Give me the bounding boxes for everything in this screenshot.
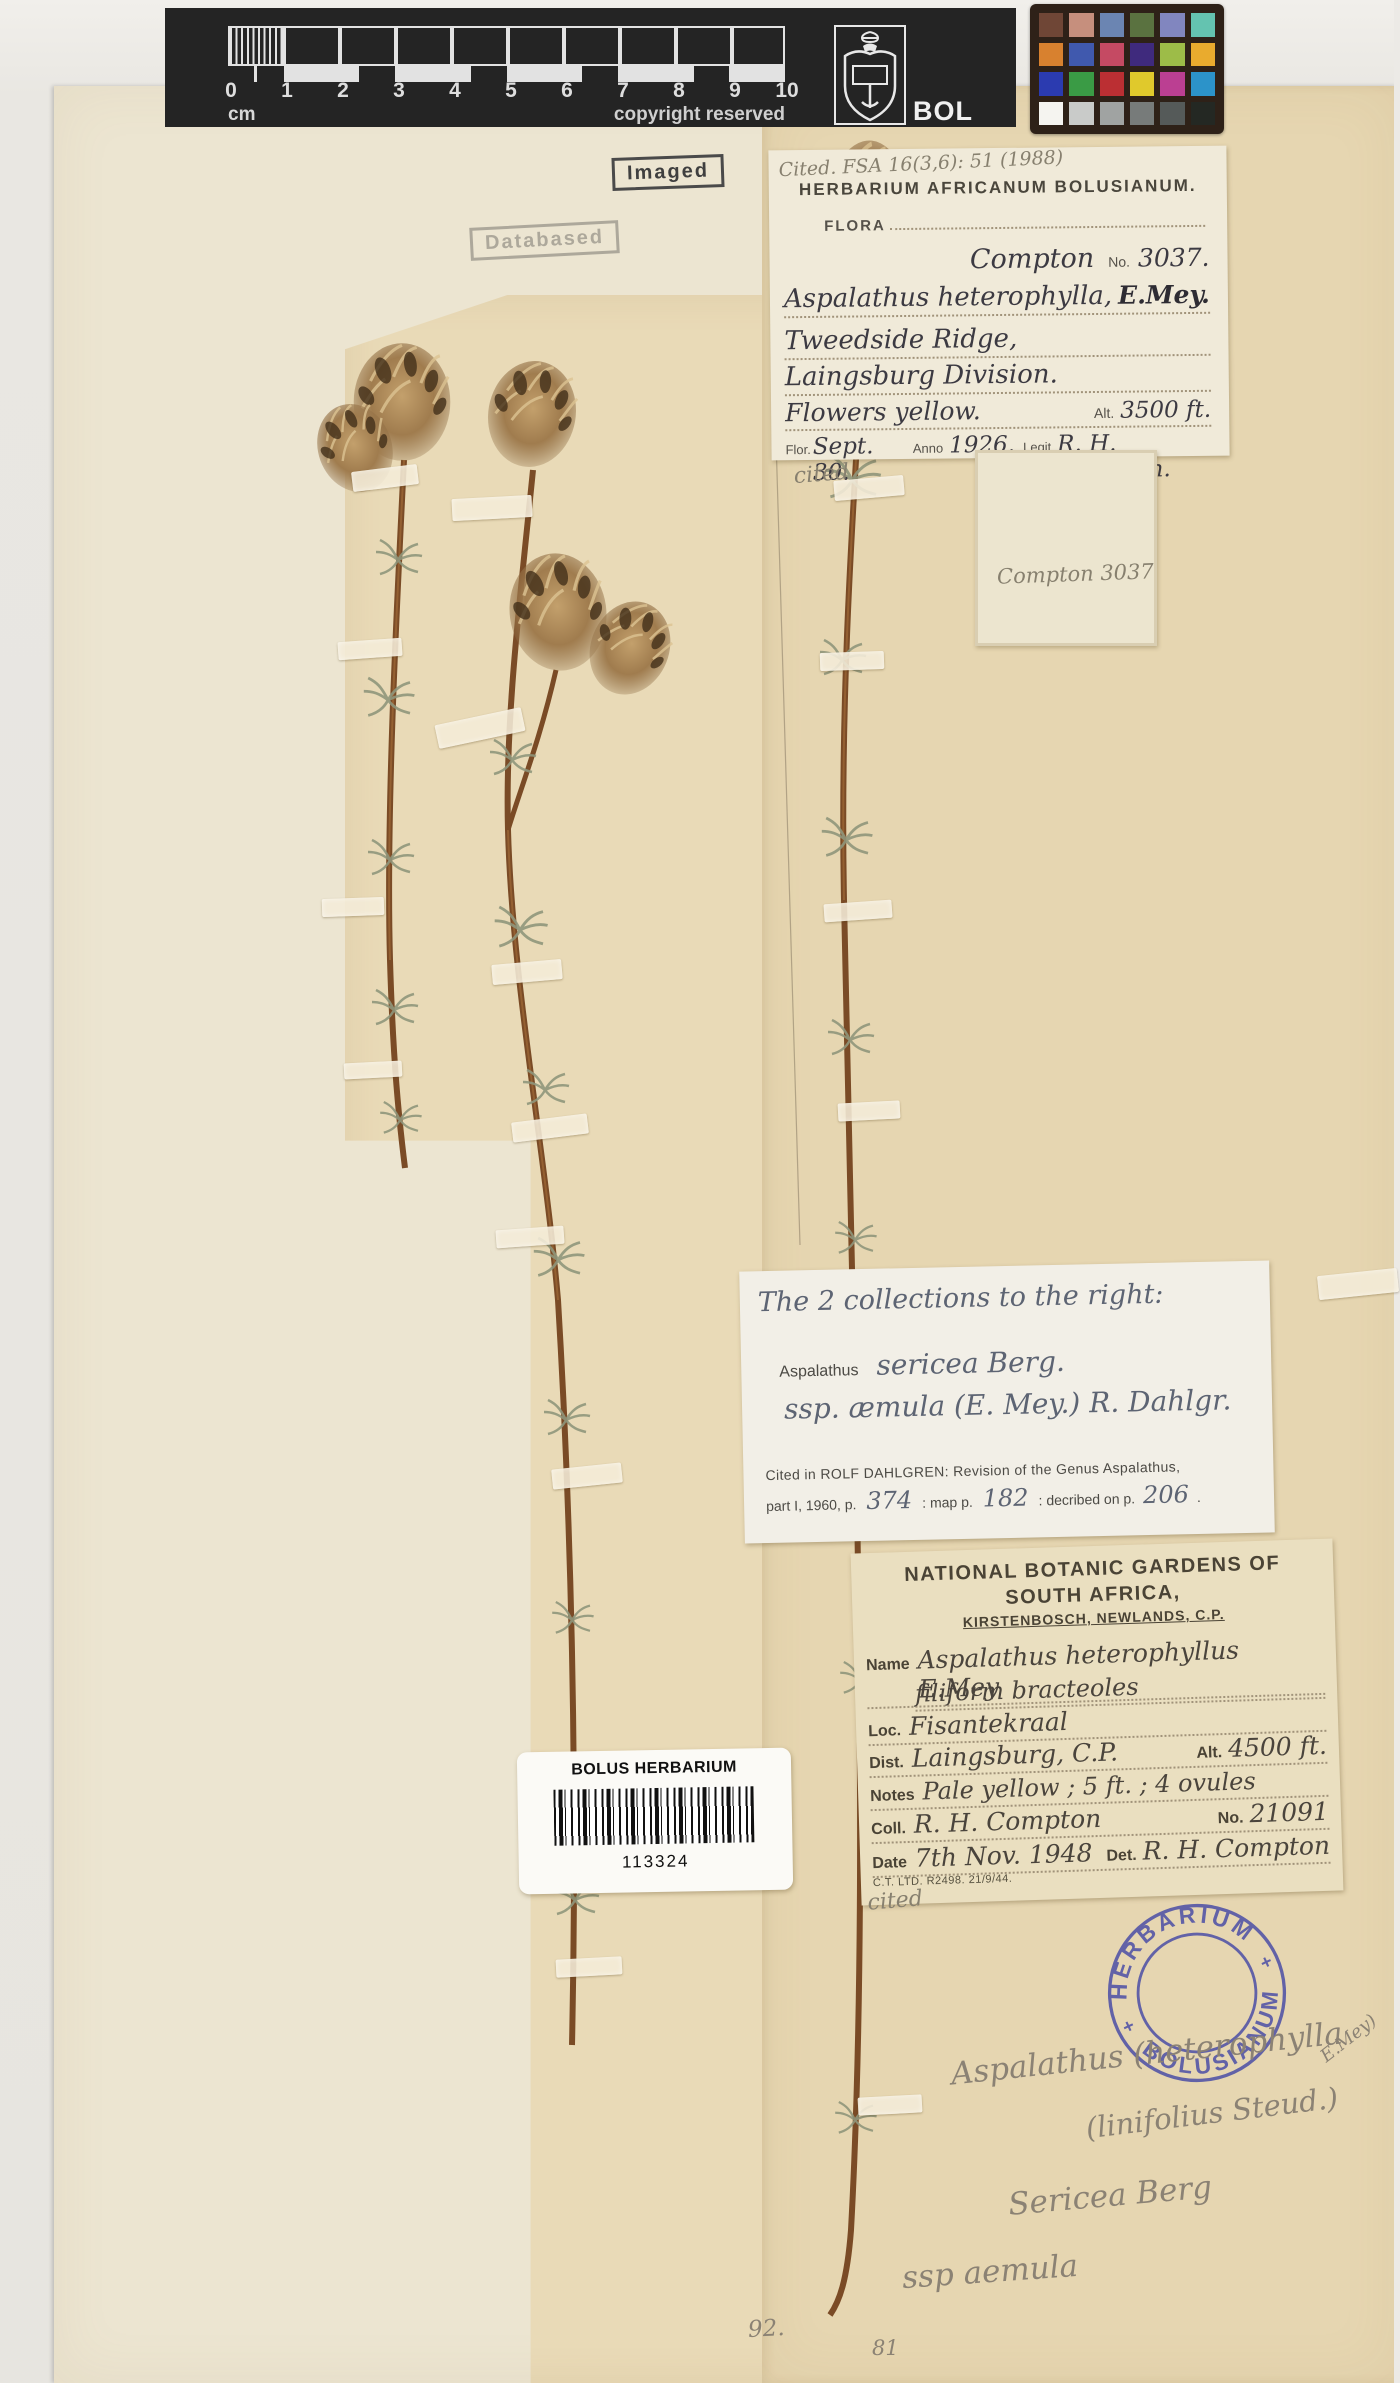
citation-page: 374 xyxy=(866,1486,912,1515)
det-heading: The 2 collections to the right: xyxy=(758,1279,1164,1318)
citation-map-label: : map p. xyxy=(922,1494,973,1511)
mounting-tape xyxy=(858,2094,923,2115)
main-collection-label: Cited. FSA 16(3,6): 51 (1988) HERBARIUM … xyxy=(768,146,1229,461)
det-value: R. H. Compton xyxy=(1142,1831,1330,1866)
herbarium-scan: 0 1 2 3 4 5 6 7 8 9 10 cm copyright rese… xyxy=(0,0,1400,2383)
no-value: 21091 xyxy=(1249,1797,1329,1828)
flower-notes: Flowers yellow. xyxy=(785,396,981,427)
cited-note: cited xyxy=(793,460,850,489)
no-label: No. xyxy=(1218,1809,1244,1828)
species-author-stamp: E.Mey. xyxy=(1118,280,1210,310)
barcode-icon xyxy=(553,1786,754,1845)
flora-label: FLORA xyxy=(824,217,886,235)
altitude-value: 3500 ft. xyxy=(1120,397,1211,424)
citation-described-page: 206 xyxy=(1143,1480,1189,1509)
coll-value: R. H. Compton xyxy=(913,1804,1101,1839)
anno-label: Anno xyxy=(913,441,944,456)
alt-label: Alt. xyxy=(1196,1744,1222,1763)
coll-label: Coll. xyxy=(871,1820,906,1839)
barcode-label: BOLUS HERBARIUM 113324 xyxy=(517,1748,793,1895)
name-value-line2: filiform bracteoles xyxy=(915,1673,1139,1708)
loc-label: Loc. xyxy=(868,1722,901,1741)
locality-line1: Tweedside Ridge, xyxy=(784,324,1017,356)
flor-label: Flor. xyxy=(785,442,810,457)
species-handwritten: sericea Berg. xyxy=(876,1345,1065,1382)
cited-annotation: Cited. FSA 16(3,6): 51 (1988) xyxy=(778,146,1063,181)
species-name: Aspalathus heterophylla, xyxy=(784,281,1112,314)
name-label: Name xyxy=(866,1656,910,1675)
cited-note: cited xyxy=(867,1886,924,1916)
citation-line1: Cited in ROLF DAHLGREN: Revision of the … xyxy=(765,1458,1180,1483)
locality-line2: Laingsburg Division. xyxy=(785,359,1058,392)
collector-name: Compton xyxy=(970,243,1095,275)
citation-period: . xyxy=(1197,1489,1201,1505)
citation-described-label: : decribed on p. xyxy=(1038,1490,1135,1508)
barcode-title: BOLUS HERBARIUM xyxy=(517,1758,791,1781)
dist-label: Dist. xyxy=(869,1754,904,1773)
corner-number: 92. xyxy=(747,2315,785,2343)
mounting-tape xyxy=(344,1060,403,1079)
alt-label: Alt. xyxy=(1094,405,1114,421)
date-value: 7th Nov. 1948 xyxy=(914,1838,1092,1873)
subspecies-handwritten: ssp. æmula (E. Mey.) R. Dahlgr. xyxy=(784,1383,1232,1425)
imaged-stamp: Imaged xyxy=(611,154,724,191)
label-institution: HERBARIUM AFRICANUM BOLUSIANUM. xyxy=(769,176,1227,201)
barcode-number: 113324 xyxy=(519,1850,793,1875)
no-label: No. xyxy=(1108,254,1130,270)
fragment-packet: Compton 3037 xyxy=(975,450,1157,646)
citation-part: part I, 1960, p. xyxy=(766,1496,857,1514)
mounting-tape xyxy=(820,651,885,671)
corner-number-2: 81 xyxy=(872,2336,899,2360)
collection-number: 3037. xyxy=(1138,243,1210,273)
notes-label: Notes xyxy=(870,1787,915,1806)
genus-printed: Aspalathus xyxy=(779,1362,859,1382)
alt-value: 4500 ft. xyxy=(1228,1731,1328,1763)
stamp-plus-right: + xyxy=(1257,1951,1276,1975)
packet-annotation: Compton 3037 xyxy=(997,559,1155,588)
mounting-tape xyxy=(451,495,532,521)
determination-label: The 2 collections to the right: Aspalath… xyxy=(739,1260,1275,1543)
dist-value: Laingsburg, C.P. xyxy=(911,1737,1118,1772)
mounting-tape xyxy=(322,897,385,917)
det-label: Det. xyxy=(1106,1847,1137,1866)
loc-value: Fisantekraal xyxy=(908,1707,1068,1741)
mounting-tape xyxy=(556,1956,623,1977)
date-label: Date xyxy=(872,1854,907,1873)
nbg-label: NATIONAL BOTANIC GARDENS OF SOUTH AFRICA… xyxy=(851,1539,1344,1906)
citation-map-page: 182 xyxy=(982,1484,1028,1513)
mounting-tape xyxy=(838,1100,901,1121)
